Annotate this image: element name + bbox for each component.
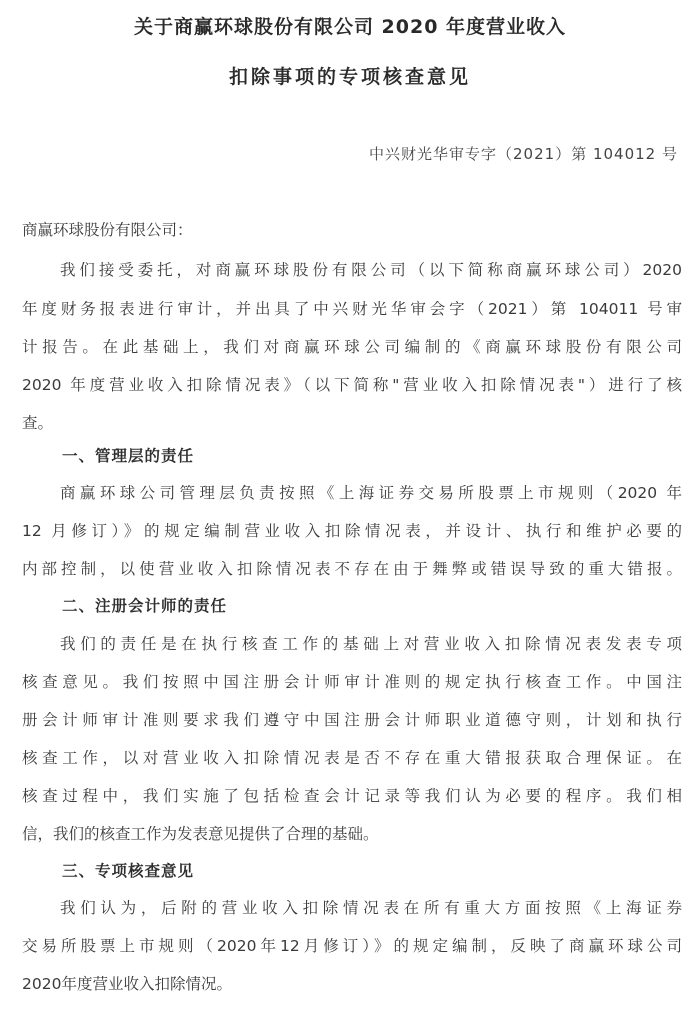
- addressee: 商赢环球股份有限公司：: [22, 218, 682, 240]
- paragraph-line: 核查工作，以对营业收入扣除情况表是否不存在重大错报获取合理保证。在: [22, 746, 682, 768]
- paragraph-line: 查。: [22, 411, 682, 433]
- paragraph-line: 计报告。在此基础上，我们对商赢环球公司编制的《商赢环球股份有限公司: [22, 335, 682, 357]
- paragraph-line: 我们的责任是在执行核查工作的基础上对营业收入扣除情况表发表专项: [60, 632, 682, 654]
- paragraph-line: 信，我们的核查工作为发表意见提供了合理的基础。: [22, 822, 682, 844]
- paragraph-line: 商赢环球公司管理层负责按照《上海证券交易所股票上市规则（2020 年: [60, 481, 682, 503]
- document-title-line-1: 关于商赢环球股份有限公司 2020 年度营业收入: [0, 12, 700, 39]
- paragraph-line: 我们认为，后附的营业收入扣除情况表在所有重大方面按照《上海证券: [60, 896, 682, 918]
- section-heading: 二、注册会计师的责任: [62, 594, 227, 616]
- paragraph-line: 内部控制，以使营业收入扣除情况表不存在由于舞弊或错误导致的重大错报。: [22, 557, 682, 579]
- paragraph-line: 核查意见。我们按照中国注册会计师审计准则的规定执行核查工作。中国注: [22, 670, 682, 692]
- section-heading: 三、专项核查意见: [62, 859, 194, 881]
- paragraph-line: 我们接受委托，对商赢环球股份有限公司（以下简称商赢环球公司）2020: [60, 258, 682, 280]
- document-title-line-2: 扣除事项的专项核查意见: [0, 62, 700, 89]
- paragraph-line: 12 月修订）》的规定编制营业收入扣除情况表，并设计、执行和维护必要的: [22, 519, 682, 541]
- paragraph-line: 年度财务报表进行审计，并出具了中兴财光华审会字（2021）第 104011 号审: [22, 297, 682, 319]
- paragraph-line: 册会计师审计准则要求我们遵守中国注册会计师职业道德守则，计划和执行: [22, 708, 682, 730]
- document-number: 中兴财光华审专字（2021）第 104012 号: [369, 143, 678, 164]
- paragraph-line: 2020 年度营业收入扣除情况表》（以下简称"营业收入扣除情况表"）进行了核: [22, 373, 682, 395]
- section-heading: 一、管理层的责任: [62, 444, 194, 466]
- paragraph-line: 核查过程中，我们实施了包括检查会计记录等我们认为必要的程序。我们相: [22, 784, 682, 806]
- paragraph-line: 2020年度营业收入扣除情况。: [22, 972, 682, 994]
- paragraph-line: 交易所股票上市规则（2020年12月修订）》的规定编制，反映了商赢环球公司: [22, 934, 682, 956]
